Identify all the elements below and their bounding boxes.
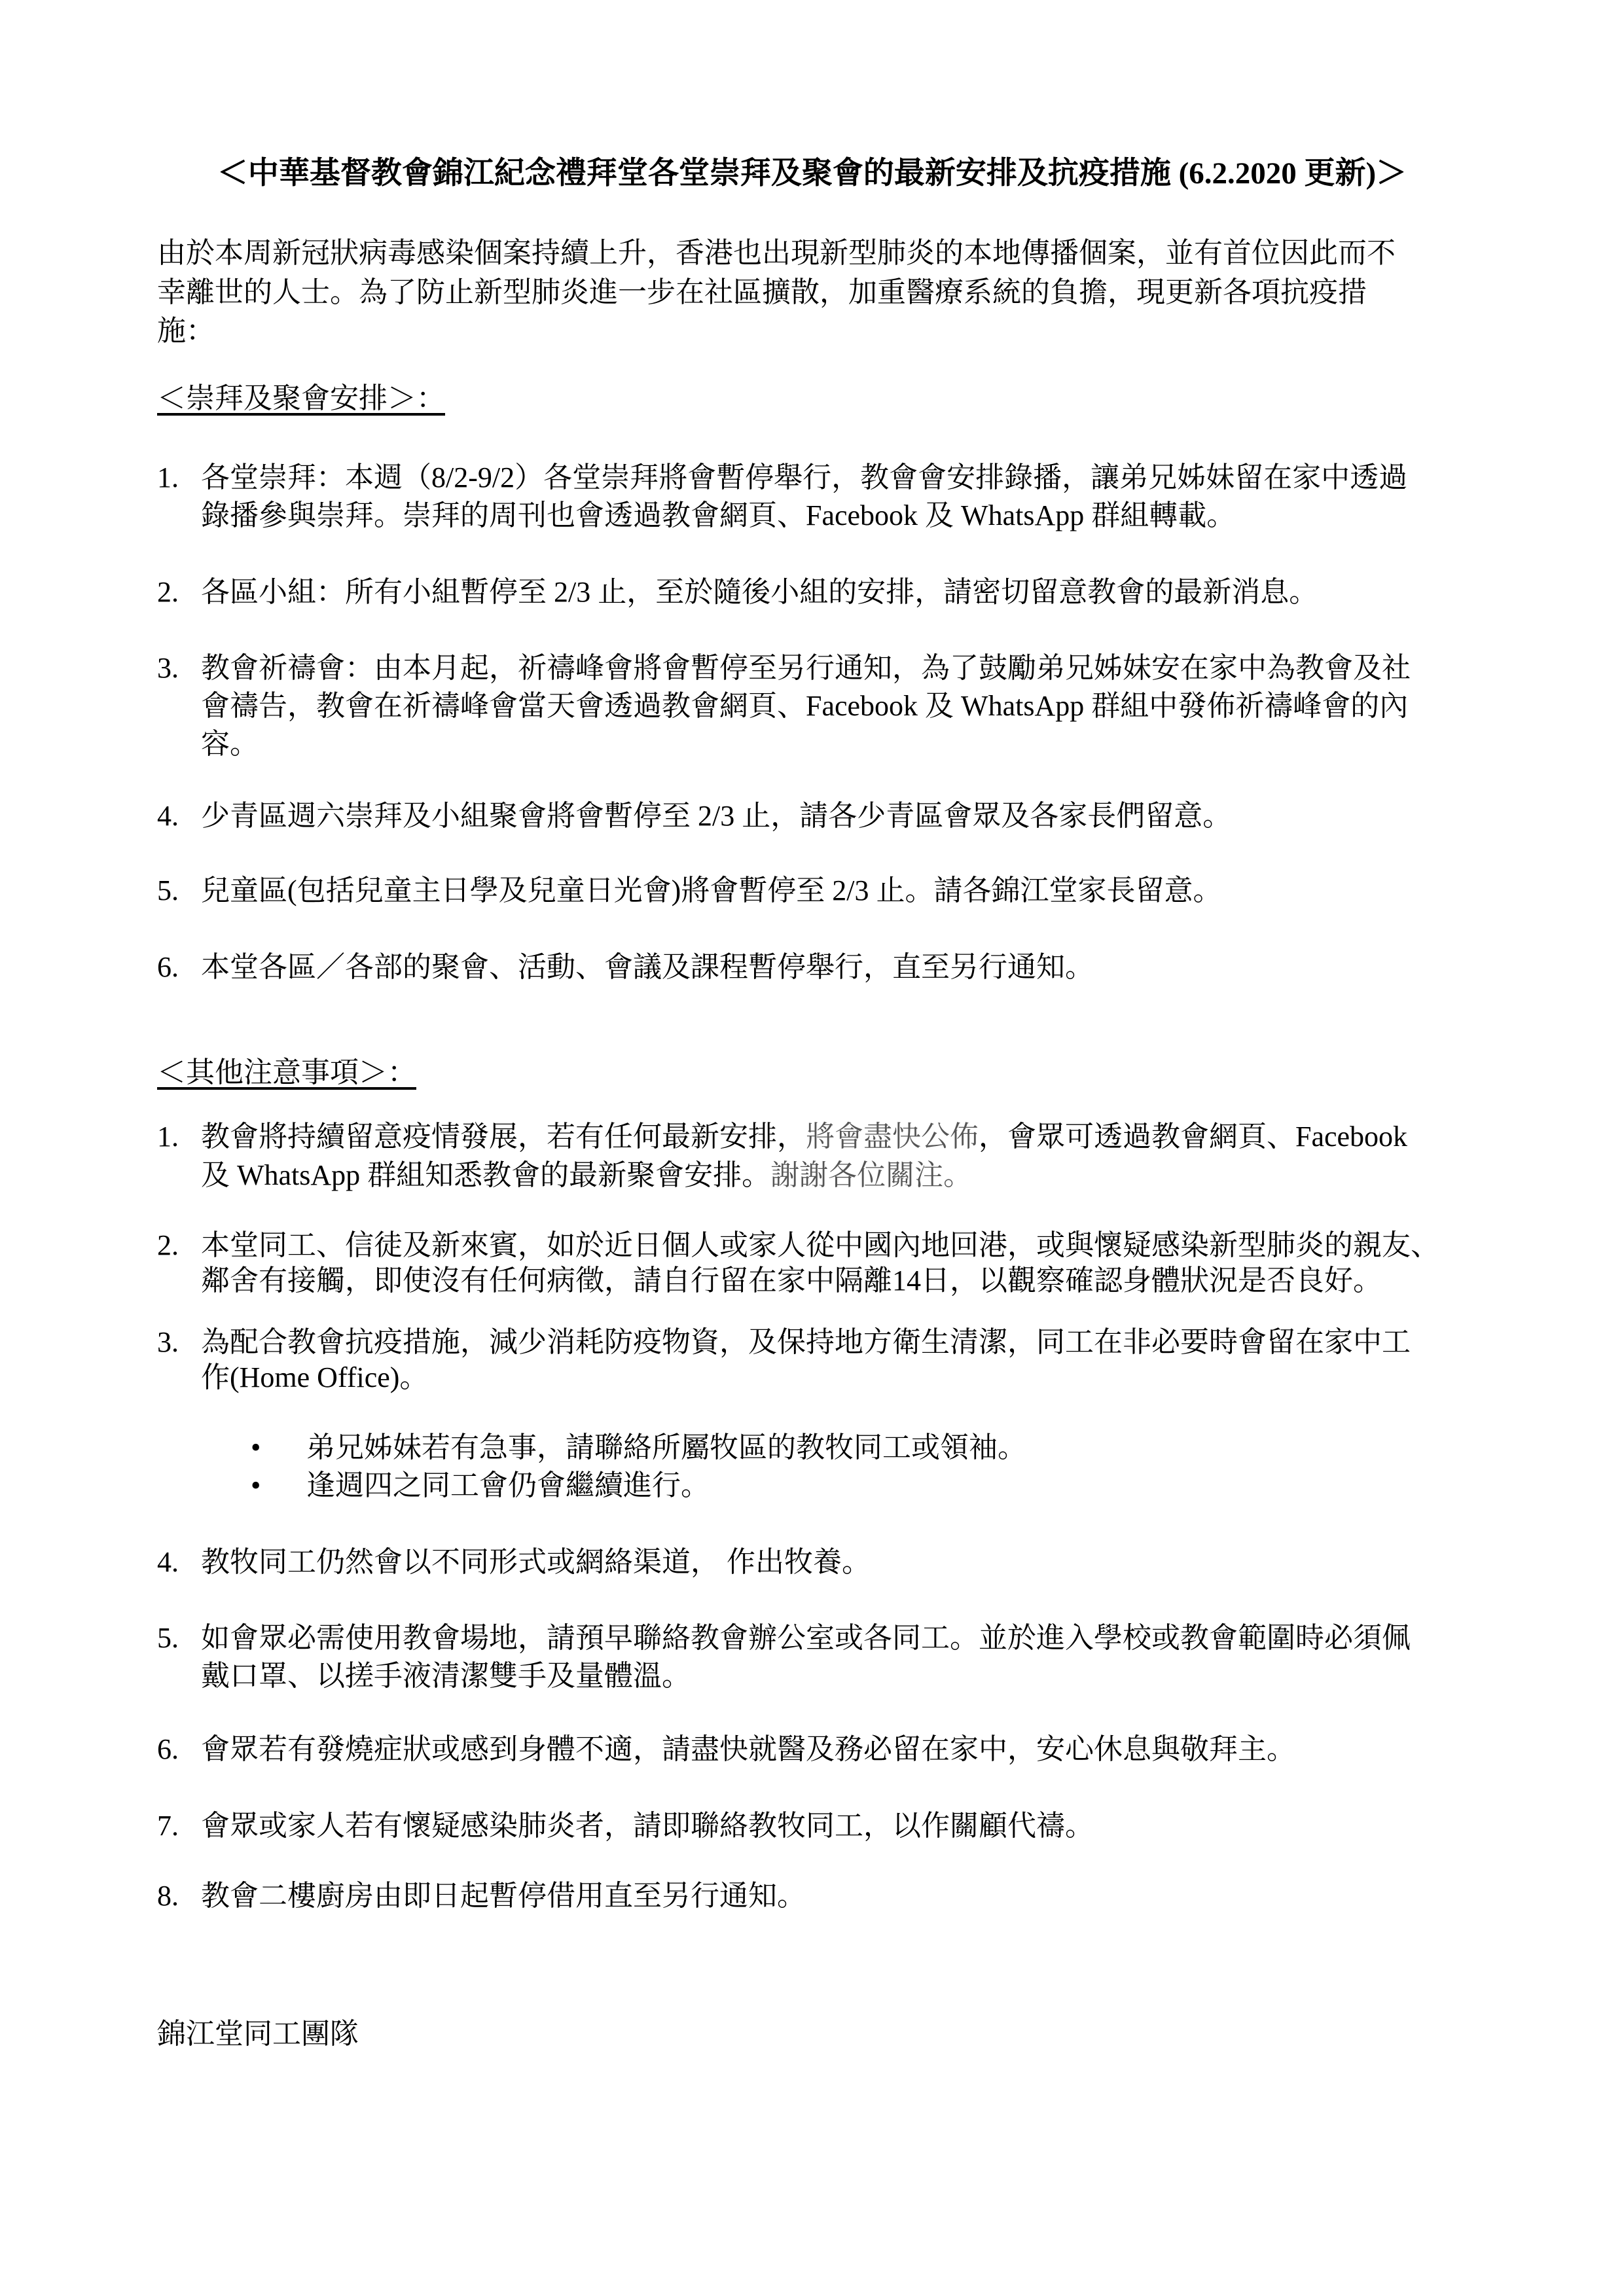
list-item-text: 容。 xyxy=(201,730,259,759)
grey-text-segment: 謝謝各位關注。 xyxy=(770,1159,972,1191)
list-item-text: 本堂各區／各部的聚會、活動、會議及課程暫停舉行，直至另行通知。 xyxy=(201,953,1094,982)
list-item-text: 教會將持續留意疫情發展，若有任何最新安排，將會盡快公佈，會眾可透過教會網頁、Fa… xyxy=(201,1122,1407,1151)
list-item-text: 教會祈禱會：由本月起，祈禱峰會將會暫停至另行通知，為了鼓勵弟兄姊妹安在家中為教會… xyxy=(201,654,1411,683)
bullet-icon: • xyxy=(251,1433,261,1462)
list-number: 5. xyxy=(157,1624,179,1653)
list-number: 6. xyxy=(157,953,179,982)
list-number: 4. xyxy=(157,802,179,831)
list-item-text: 會眾若有發燒症狀或感到身體不適，請盡快就醫及務必留在家中，安心休息與敬拜主。 xyxy=(201,1735,1295,1764)
list-number: 1. xyxy=(157,463,179,492)
text-segment: ，會眾可透過教會網頁、Facebook xyxy=(979,1121,1407,1153)
list-item-text: 鄰舍有接觸，即使沒有任何病徵，請自行留在家中隔離14日，以觀察確認身體狀況是否良… xyxy=(201,1266,1382,1295)
list-item-text: 教會二樓廚房由即日起暫停借用直至另行通知。 xyxy=(201,1882,806,1910)
list-number: 4. xyxy=(157,1548,179,1577)
list-item-text: 錄播參與崇拜。崇拜的周刊也會透過教會網頁、Facebook 及 WhatsApp… xyxy=(201,501,1235,530)
list-number: 7. xyxy=(157,1812,179,1840)
list-number: 2. xyxy=(157,1231,179,1260)
list-item-text: 會禱告，教會在祈禱峰會當天會透過教會網頁、Facebook 及 WhatsApp… xyxy=(201,692,1408,721)
text-segment: 及 WhatsApp 群組知悉教會的最新聚會安排。 xyxy=(201,1159,770,1191)
list-item-text: 少青區週六崇拜及小組聚會將會暫停至 2/3 止，請各少青區會眾及各家長們留意。 xyxy=(201,802,1231,831)
list-number: 2. xyxy=(157,578,179,607)
list-number: 1. xyxy=(157,1122,179,1151)
list-item-text: 各堂崇拜：本週（8/2-9/2）各堂崇拜將會暫停舉行，教會會安排錄播，讓弟兄姊妹… xyxy=(201,463,1407,492)
signature: 錦江堂同工團隊 xyxy=(157,2020,359,2049)
list-number: 5. xyxy=(157,876,179,905)
list-item-text: 本堂同工、信徒及新來賓，如於近日個人或家人從中國內地回港，或與懷疑感染新型肺炎的… xyxy=(201,1231,1439,1260)
intro-line-1: 由於本周新冠狀病毒感染個案持續上升，香港也出現新型肺炎的本地傳播個案，並有首位因… xyxy=(157,239,1396,268)
intro-line-2: 幸離世的人士。為了防止新型肺炎進一步在社區擴散，加重醫療系統的負擔，現更新各項抗… xyxy=(157,278,1367,307)
text-segment: 教會將持續留意疫情發展，若有任何最新安排， xyxy=(201,1121,806,1153)
bullet-text: 逢週四之同工會仍會繼續進行。 xyxy=(306,1471,710,1500)
list-item-text: 會眾或家人若有懷疑感染肺炎者，請即聯絡教牧同工，以作關顧代禱。 xyxy=(201,1812,1094,1840)
section-heading-other: ＜其他注意事項＞： xyxy=(157,1058,416,1087)
list-item-text: 戴口罩、以搓手液清潔雙手及量體溫。 xyxy=(201,1662,691,1691)
list-number: 8. xyxy=(157,1882,179,1910)
list-item-text: 如會眾必需使用教會場地，請預早聯絡教會辦公室或各同工。並於進入學校或教會範圍時必… xyxy=(201,1624,1411,1653)
bullet-icon: • xyxy=(251,1471,261,1500)
bullet-text: 弟兄姊妹若有急事，請聯絡所屬牧區的教牧同工或領袖。 xyxy=(306,1433,1026,1462)
intro-line-3: 施： xyxy=(157,317,215,346)
list-item-text: 及 WhatsApp 群組知悉教會的最新聚會安排。謝謝各位關注。 xyxy=(201,1161,972,1190)
list-item-text: 教牧同工仍然會以不同形式或網絡渠道， 作出牧養。 xyxy=(201,1548,871,1577)
list-number: 3. xyxy=(157,654,179,683)
list-number: 3. xyxy=(157,1328,179,1357)
list-item-text: 作(Home Office)。 xyxy=(201,1363,428,1392)
grey-text-segment: 將會盡快公佈 xyxy=(806,1121,979,1153)
list-item-text: 為配合教會抗疫措施，減少消耗防疫物資，及保持地方衛生清潔，同工在非必要時會留在家… xyxy=(201,1328,1411,1357)
section-heading-worship: ＜崇拜及聚會安排＞： xyxy=(157,384,445,413)
list-item-text: 兒童區(包括兒童主日學及兒童日光會)將會暫停至 2/3 止。請各錦江堂家長留意。 xyxy=(201,876,1222,905)
document-title: ＜中華基督教會錦江紀念禮拜堂各堂崇拜及聚會的最新安排及抗疫措施 (6.2.202… xyxy=(0,158,1624,189)
list-item-text: 各區小組：所有小組暫停至 2/3 止，至於隨後小組的安排，請密切留意教會的最新消… xyxy=(201,578,1318,607)
list-number: 6. xyxy=(157,1735,179,1764)
